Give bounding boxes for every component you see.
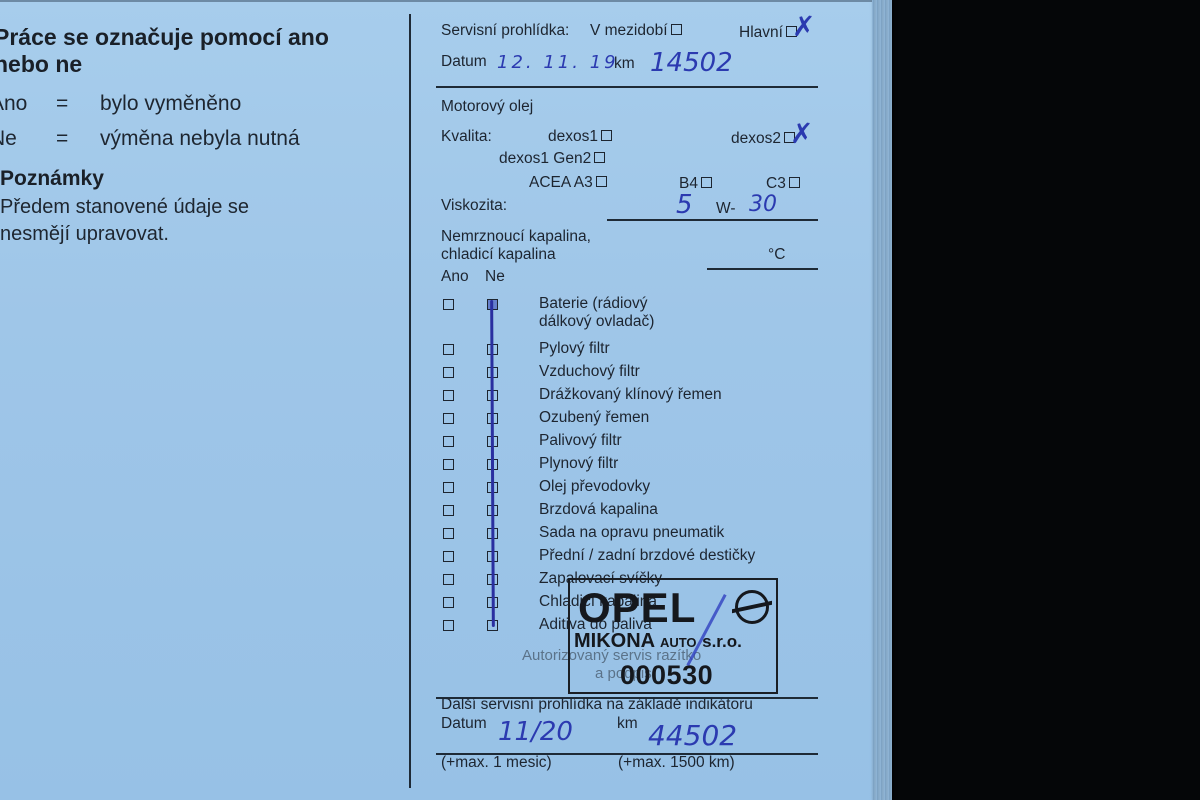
checklist-item-label: Vzduchový filtr bbox=[539, 363, 640, 381]
stamp-company-sro: s.r.o. bbox=[702, 632, 742, 651]
checklist-item-label: Přední / zadní brzdové destičky bbox=[539, 547, 755, 565]
checkbox-yes[interactable] bbox=[443, 344, 454, 355]
checkbox-yes[interactable] bbox=[443, 436, 454, 447]
page-top-edge bbox=[0, 0, 878, 2]
next-service-title: Další servisní prohlídka na základě indi… bbox=[441, 696, 753, 714]
option-label: ACEA A3 bbox=[529, 174, 593, 191]
coolant-label-line-1: Nemrznoucí kapalina, bbox=[441, 228, 591, 246]
oil-option-dexos1-gen2[interactable]: dexos1 Gen2 bbox=[499, 150, 605, 168]
notes-text: Předem stanovené údaje se nesmějí upravo… bbox=[0, 194, 330, 248]
checklist-item-label: Baterie (rádiový bbox=[539, 295, 648, 313]
checkbox-yes[interactable] bbox=[443, 597, 454, 608]
checkbox-yes[interactable] bbox=[443, 505, 454, 516]
notes-line-1: Předem stanovené údaje se bbox=[0, 194, 330, 221]
checkbox-yes[interactable] bbox=[443, 413, 454, 424]
stamp-brand: OPEL bbox=[578, 584, 696, 632]
next-service-km-label: km bbox=[617, 715, 638, 733]
checklist-item-label: Pylový filtr bbox=[539, 340, 610, 358]
interim-checkbox[interactable] bbox=[671, 24, 682, 35]
checkbox-yes[interactable] bbox=[443, 574, 454, 585]
definition-value: bylo vyměněno bbox=[100, 92, 241, 116]
checkbox-yes[interactable] bbox=[443, 620, 454, 631]
service-date-label: Datum bbox=[441, 53, 487, 71]
service-km-label: km bbox=[614, 55, 635, 73]
next-service-km-value[interactable]: 44502 bbox=[648, 719, 737, 752]
heading-line-2: nebo ne bbox=[0, 51, 414, 78]
page-heading: Práce se označuje pomocí ano nebo ne bbox=[0, 24, 414, 78]
oil-title: Motorový olej bbox=[441, 98, 533, 116]
viscosity-label: Viskozita: bbox=[441, 197, 507, 215]
option-label: dexos2 bbox=[731, 130, 781, 147]
coolant-label-line-2: chladicí kapalina bbox=[441, 246, 556, 264]
checklist-item-label: Sada na opravu pneumatik bbox=[539, 524, 724, 542]
stamp-company-name: MIKONA bbox=[574, 630, 654, 652]
service-book-page: Práce se označuje pomocí ano nebo ne Ano… bbox=[0, 0, 878, 800]
checkbox-yes[interactable] bbox=[443, 367, 454, 378]
viscosity-underline bbox=[607, 219, 818, 221]
checklist-item-label: Olej převodovky bbox=[539, 478, 650, 496]
stamp-company-auto: AUTO bbox=[660, 635, 697, 650]
next-service-date-note: (+max. 1 mesic) bbox=[441, 754, 552, 772]
coolant-unit: °C bbox=[768, 246, 785, 264]
main-check-mark-icon: ✗ bbox=[792, 10, 815, 43]
service-date-value[interactable]: 12. 11. 19 bbox=[497, 52, 619, 73]
oil-option-dexos1[interactable]: dexos1 bbox=[548, 128, 612, 146]
interim-option[interactable]: V mezidobí bbox=[590, 22, 682, 40]
dealer-stamp: OPEL MIKONA AUTO s.r.o. 000530 bbox=[568, 578, 778, 694]
acea-a3-checkbox[interactable] bbox=[596, 176, 607, 187]
main-label: Hlavní bbox=[739, 24, 783, 41]
definition-value: výměna nebyla nutná bbox=[100, 127, 300, 151]
checkbox-yes[interactable] bbox=[443, 551, 454, 562]
checklist-item-label: Drážkovaný klínový řemen bbox=[539, 386, 722, 404]
definition-equals: = bbox=[56, 92, 68, 116]
next-service-date-label: Datum bbox=[441, 715, 487, 733]
dexos1-gen2-checkbox[interactable] bbox=[594, 152, 605, 163]
checklist-item-label: Palivový filtr bbox=[539, 432, 622, 450]
viscosity-prefix-value[interactable]: 5 bbox=[676, 190, 693, 220]
definition-key: Ne bbox=[0, 127, 17, 151]
definition-key: Ano bbox=[0, 92, 27, 116]
viscosity-w-label: W- bbox=[716, 200, 736, 218]
notes-title: Poznámky bbox=[0, 167, 104, 191]
service-type-label: Servisní prohlídka: bbox=[441, 22, 569, 40]
interim-label: V mezidobí bbox=[590, 22, 668, 39]
col-yes-header: Ano bbox=[441, 268, 469, 286]
service-km-value[interactable]: 14502 bbox=[650, 48, 733, 78]
stamp-number: 000530 bbox=[620, 660, 713, 691]
main-option[interactable]: Hlavní bbox=[739, 24, 797, 42]
viscosity-suffix-value[interactable]: 30 bbox=[749, 192, 777, 217]
separator-line bbox=[436, 86, 818, 88]
next-service-km-note: (+max. 1500 km) bbox=[618, 754, 735, 772]
checklist-item-label: Plynový filtr bbox=[539, 455, 618, 473]
option-label: dexos1 bbox=[548, 128, 598, 145]
checkbox-yes[interactable] bbox=[443, 299, 454, 310]
definition-equals: = bbox=[56, 127, 68, 151]
b4-checkbox[interactable] bbox=[701, 177, 712, 188]
checkbox-yes[interactable] bbox=[443, 390, 454, 401]
dexos2-check-mark-icon: ✗ bbox=[790, 117, 813, 150]
column-divider bbox=[409, 14, 411, 788]
dexos1-checkbox[interactable] bbox=[601, 130, 612, 141]
heading-line-1: Práce se označuje pomocí ano bbox=[0, 24, 414, 51]
option-label: C3 bbox=[766, 175, 786, 192]
checklist-item-label: Ozubený řemen bbox=[539, 409, 649, 427]
checkbox-yes[interactable] bbox=[443, 528, 454, 539]
checklist-item-label-line-2: dálkový ovladač) bbox=[539, 313, 654, 331]
c3-checkbox[interactable] bbox=[789, 177, 800, 188]
option-label: dexos1 Gen2 bbox=[499, 150, 591, 167]
oil-quality-label: Kvalita: bbox=[441, 128, 492, 146]
stamp-company: MIKONA AUTO s.r.o. bbox=[574, 630, 742, 653]
checkbox-yes[interactable] bbox=[443, 482, 454, 493]
oil-option-c3[interactable]: C3 bbox=[766, 175, 800, 193]
checklist-item-label: Brzdová kapalina bbox=[539, 501, 658, 519]
col-no-header: Ne bbox=[485, 268, 505, 286]
checkbox-yes[interactable] bbox=[443, 459, 454, 470]
oil-option-acea-a3[interactable]: ACEA A3 bbox=[529, 174, 607, 192]
oil-option-dexos2[interactable]: dexos2 bbox=[731, 130, 795, 148]
opel-logo-icon bbox=[735, 590, 769, 624]
page-stack-edge bbox=[872, 0, 892, 800]
next-service-date-value[interactable]: 11/20 bbox=[498, 717, 573, 747]
coolant-underline[interactable] bbox=[707, 268, 818, 270]
notes-line-2: nesmějí upravovat. bbox=[0, 221, 330, 248]
